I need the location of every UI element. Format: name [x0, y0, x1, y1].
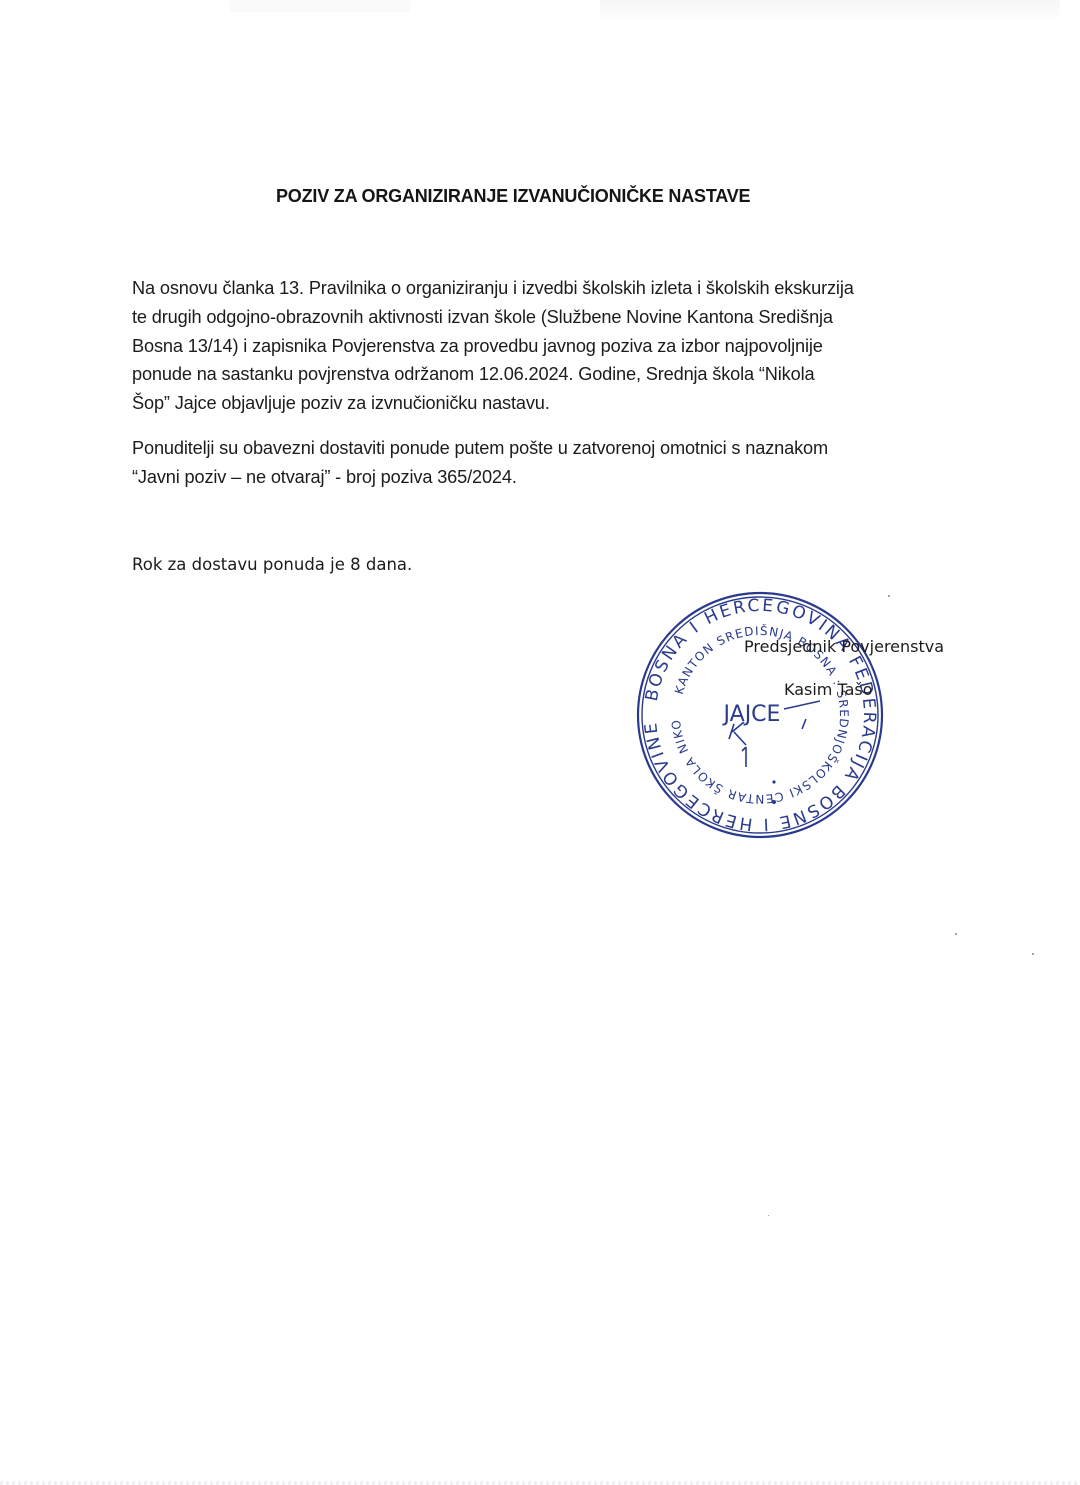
- scan-speck: [768, 1215, 769, 1216]
- official-stamp: BOSNA I HERCEGOVINA FEDERACIJA BOSNE I H…: [634, 589, 886, 841]
- text-line: ponude na sastanku povjrenstva održanom …: [132, 360, 952, 389]
- deadline-text: Rok za dostavu ponuda je 8 dana.: [132, 551, 952, 580]
- signatory-name: Kasim Tašo: [784, 680, 873, 699]
- text-line: te drugih odgojno-obrazovnih aktivnosti …: [132, 303, 952, 332]
- document-title: POZIV ZA ORGANIZIRANJE IZVANUČIONIČKE NA…: [276, 186, 750, 207]
- text-line: Bosna 13/14) i zapisnika Povjerenstva za…: [132, 332, 952, 361]
- scan-speck: [955, 933, 957, 935]
- text-line: Ponuditelji su obavezni dostaviti ponude…: [132, 434, 952, 463]
- scan-artifact-top: [600, 0, 1060, 22]
- signatory-role: Predsjednik Povjerenstva: [744, 637, 944, 656]
- paragraph-legal-basis: Na osnovu članka 13. Pravilnika o organi…: [132, 274, 952, 418]
- text-line: Na osnovu članka 13. Pravilnika o organi…: [132, 274, 952, 303]
- svg-text:JAJCE: JAJCE: [722, 702, 781, 727]
- paragraph-submission: Ponuditelji su obavezni dostaviti ponude…: [132, 434, 952, 492]
- scan-artifact-bottom: [0, 1481, 1080, 1485]
- text-line: “Javni poziv – ne otvaraj” - broj poziva…: [132, 463, 952, 492]
- scan-speck: [1032, 953, 1034, 955]
- scan-artifact-top-left: [230, 0, 410, 12]
- scan-speck: [888, 595, 890, 597]
- text-line: Šop” Jajce objavljuje poziv za izvnučion…: [132, 389, 952, 418]
